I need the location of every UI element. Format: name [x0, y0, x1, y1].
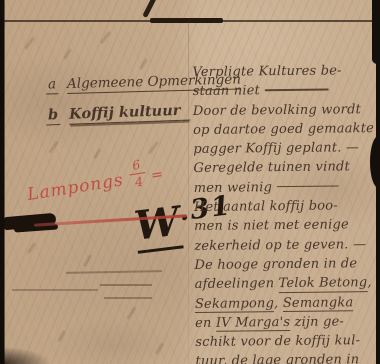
text: zekerheid op te geven. — — [194, 237, 366, 254]
text: men weinig — [194, 180, 273, 196]
manuscript-line: schikt voor de koffij kul- — [195, 331, 377, 352]
underlined-text: Sekampong — [195, 296, 274, 313]
manuscript-line: Geregelde tuinen vindt — [193, 158, 375, 179]
long-dash — [277, 185, 339, 187]
faint-underline — [100, 284, 152, 286]
text: en — [195, 316, 216, 331]
faint-underline — [12, 289, 98, 291]
manuscript-line: pagger Koffij geplant. — — [193, 138, 375, 159]
top-line-heavy-segment — [150, 18, 223, 22]
manuscript-line: men weinig — [194, 177, 376, 198]
text: De hooge gronden in de — [194, 256, 357, 273]
manuscript-line: Het aantal koffij boo- — [194, 196, 376, 217]
manuscript-line: zekerheid op te geven. — — [194, 235, 376, 256]
text: afdeelingen — [195, 276, 279, 292]
underlined-text: IV Marga's — [216, 315, 290, 332]
code-mark-w: W — [132, 198, 184, 254]
scan-edge-left — [0, 0, 6, 364]
heading-b-marker: b — [46, 106, 61, 125]
underlined-text: Telok Betong — [279, 275, 368, 292]
paper-edge-notch — [370, 136, 380, 188]
text: tuur, de lage gronden in — [195, 353, 359, 364]
scan-edge-right-top — [372, 0, 380, 64]
scan-corner-shadow — [0, 336, 80, 364]
manuscript-line: De hooge gronden in de — [194, 254, 376, 275]
manuscript-line: Verpligte Kultures be- — [192, 61, 374, 82]
manuscript-line: en IV Marga's zijn ge- — [195, 312, 377, 333]
faint-underline — [104, 297, 152, 299]
text: Geregelde tuinen vindt — [193, 160, 350, 177]
text: Het aantal koffij boo- — [194, 199, 338, 216]
manuscript-line: Door de bevolking wordt — [193, 100, 375, 121]
red-annotation-equals: = — [150, 166, 165, 184]
manuscript-line: staan niet — [193, 80, 375, 101]
text: , — [367, 275, 372, 290]
text: Door de bevolking wordt — [193, 102, 361, 119]
text: Verpligte Kultures be- — [192, 63, 341, 80]
underlined-text: Semangka — [283, 295, 354, 312]
red-annotation-fraction: 64 — [128, 158, 148, 189]
manuscript-line: tuur, de lage gronden in — [195, 350, 377, 364]
manuscript-line: Sekampong, Semangka — [195, 293, 377, 314]
manuscript-line: afdeelingen Telok Betong, — [195, 273, 377, 294]
fraction-denominator: 4 — [130, 172, 148, 189]
text: staan niet — [193, 84, 261, 100]
text: schikt voor de koffij kul- — [195, 333, 360, 350]
heading-a-marker: a — [46, 76, 59, 94]
right-column: Verpligte Kultures be-staan nietDoor de … — [192, 61, 377, 364]
text: men is niet met eenige — [194, 218, 349, 235]
manuscript-line: men is niet met eenige — [194, 215, 376, 236]
text: , — [274, 296, 283, 311]
manuscript-scan: aAlgemeene Opmerkingen bKoffij kultuur L… — [0, 0, 380, 364]
text: pagger Koffij geplant. — — [193, 140, 359, 157]
text: op daartoe goed gemaakte — [193, 121, 374, 138]
manuscript-line: op daartoe goed gemaakte — [193, 119, 375, 140]
text: zijn ge- — [290, 314, 344, 330]
long-dash — [265, 89, 329, 91]
